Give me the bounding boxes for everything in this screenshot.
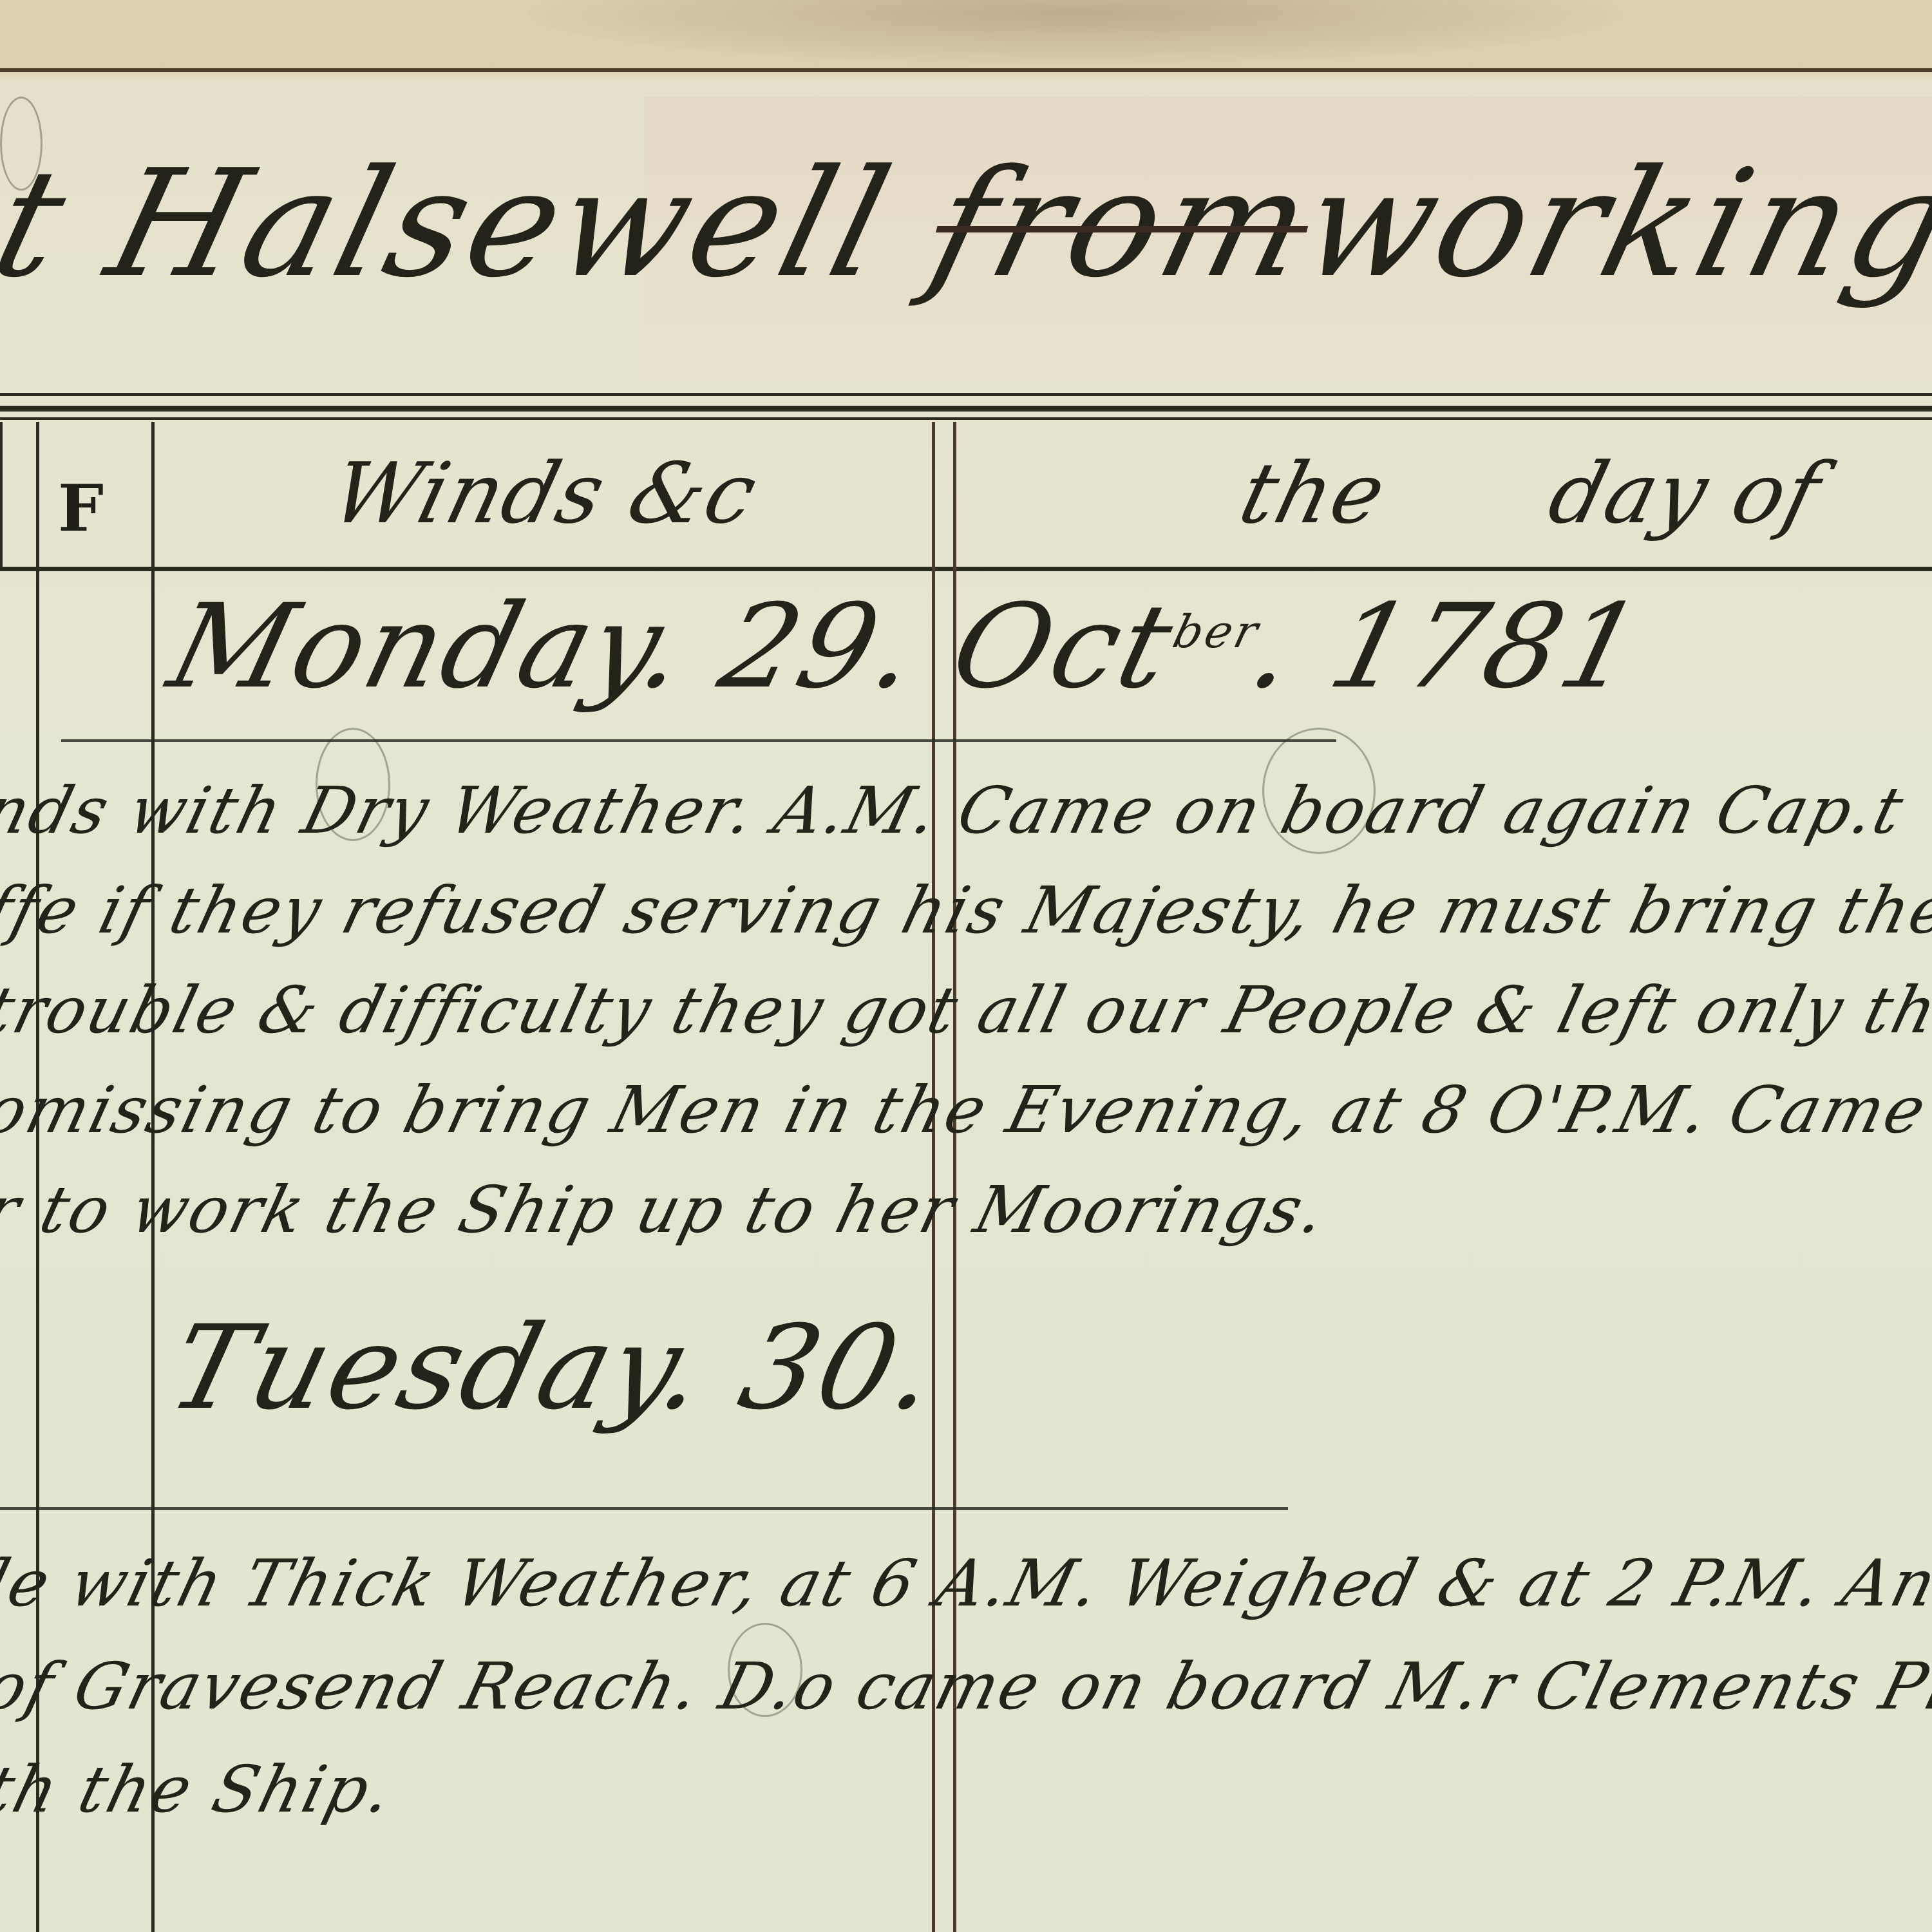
column-rule	[0, 422, 3, 570]
column-header-rule	[0, 567, 1932, 571]
ink-flourish	[316, 728, 390, 841]
entry-date-sup: ber	[1168, 605, 1265, 658]
log-line: r to work the Ship up to her Moorings.	[0, 1172, 1334, 1247]
entry-date: Tuesday. 30.	[157, 1301, 953, 1435]
ink-flourish	[0, 97, 43, 191]
entry-date-label: Tuesday. 30.	[157, 1301, 953, 1435]
header-rule-thick	[0, 406, 1932, 412]
column-header-day-of: day of	[1540, 444, 1831, 542]
entry-date-label: Monday. 29. Oct	[157, 580, 1188, 714]
log-line: omissing to bring Men in the Evening, at…	[0, 1072, 1932, 1148]
page-title: t Halsewell fromworking up towards the	[0, 138, 1932, 310]
header-rule-top	[0, 393, 1932, 396]
column-header-f: F	[58, 470, 104, 546]
log-line: nds with Dry Weather. A.M. Came on board…	[0, 773, 1912, 848]
date-underline	[61, 739, 1336, 742]
title-ship-name: t Halsewell	[0, 138, 908, 310]
log-line: le with Thick Weather, at 6 A.M. Weighed…	[0, 1546, 1932, 1621]
page-top-rule	[0, 68, 1932, 72]
column-header-winds: Winds &c	[323, 444, 767, 542]
log-line: trouble & difficulty they got all our Pe…	[0, 972, 1932, 1048]
log-page: t Halsewell fromworking up towards the F…	[0, 0, 1932, 1932]
log-line: th the Ship.	[0, 1752, 401, 1827]
date-underline	[0, 1507, 1288, 1510]
column-header-the: the	[1231, 444, 1396, 542]
ink-flourish	[728, 1623, 802, 1717]
paper-stain	[528, 0, 1623, 64]
log-line: of Gravesend Reach. D.o came on board M.…	[0, 1649, 1932, 1724]
log-line: ffe if they refused serving his Majesty,…	[0, 873, 1932, 948]
title-middle: working up	[1287, 138, 1932, 310]
entry-year: . 1781	[1238, 580, 1656, 714]
title-struck-word: from	[916, 138, 1330, 310]
entry-date: Monday. 29. Octber. 1781	[157, 580, 1656, 714]
header-rule-bottom	[0, 417, 1932, 420]
ink-flourish	[1262, 728, 1376, 854]
